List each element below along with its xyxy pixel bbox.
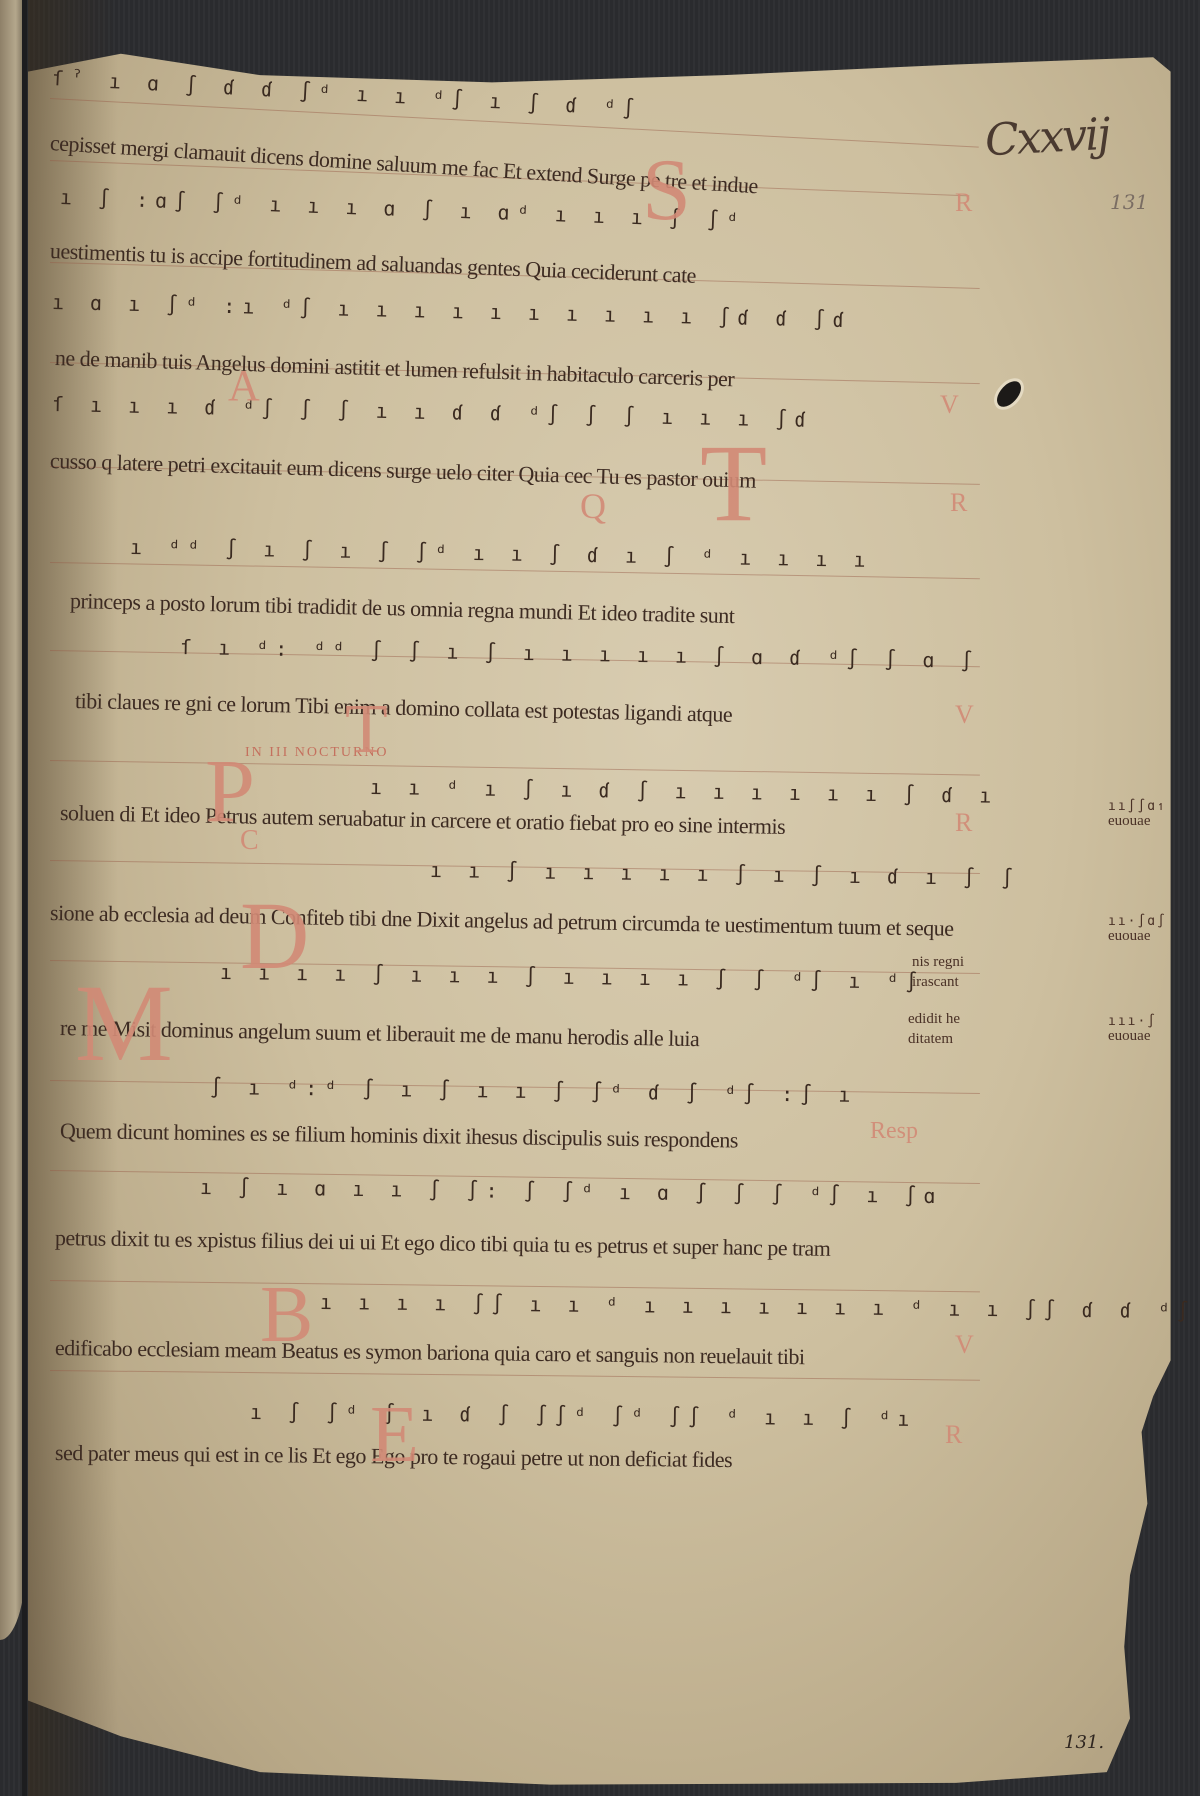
initial-T: T: [700, 420, 767, 547]
initial-B: B: [260, 1270, 313, 1361]
euouae-note: ııı·∫ euouae: [1108, 1015, 1157, 1043]
euouae-neumes: ıı·∫ɑ∫: [1108, 915, 1167, 929]
euouae-neumes: ııı·∫: [1108, 1015, 1157, 1029]
initial-A: A: [228, 360, 260, 411]
rubric-resp: Resp: [870, 1118, 918, 1145]
margin-incipit: irascant: [912, 975, 959, 989]
euouae-neumes: ıı∫∫ɑ↿: [1108, 800, 1167, 814]
margin-incipit: nis regni: [912, 955, 964, 969]
initial-D: D: [240, 880, 309, 991]
initial-C: C: [240, 825, 259, 857]
rubric-responsory: R: [955, 808, 972, 838]
margin-incipit: edidit he: [908, 1012, 960, 1026]
initial-T2: T: [345, 690, 388, 770]
euouae-text: euouae: [1108, 814, 1167, 828]
margin-incipit: ditatem: [908, 1032, 953, 1046]
initial-S: S: [642, 140, 691, 241]
book-gutter: [22, 0, 27, 1796]
folio-number-bottom: 131.: [1064, 1732, 1104, 1753]
initial-Q: Q: [580, 485, 606, 527]
initial-E: E: [370, 1390, 419, 1481]
rubric-responsory: R: [950, 488, 967, 518]
euouae-note: ıı·∫ɑ∫ euouae: [1108, 915, 1167, 943]
rubric-verse: V: [955, 1330, 974, 1360]
folio-number-roman: Cxxvij: [984, 109, 1110, 166]
rubric-verse: V: [940, 390, 959, 420]
euouae-text: euouae: [1108, 1029, 1157, 1043]
rubric-responsory: R: [945, 1420, 962, 1450]
initial-M: M: [75, 960, 173, 1087]
folio-number-pencil: 131: [1110, 190, 1148, 214]
euouae-text: euouae: [1108, 929, 1167, 943]
rubric-verse: V: [955, 700, 974, 730]
rubric-responsory: R: [955, 188, 972, 218]
euouae-note: ıı∫∫ɑ↿ euouae: [1108, 800, 1167, 828]
